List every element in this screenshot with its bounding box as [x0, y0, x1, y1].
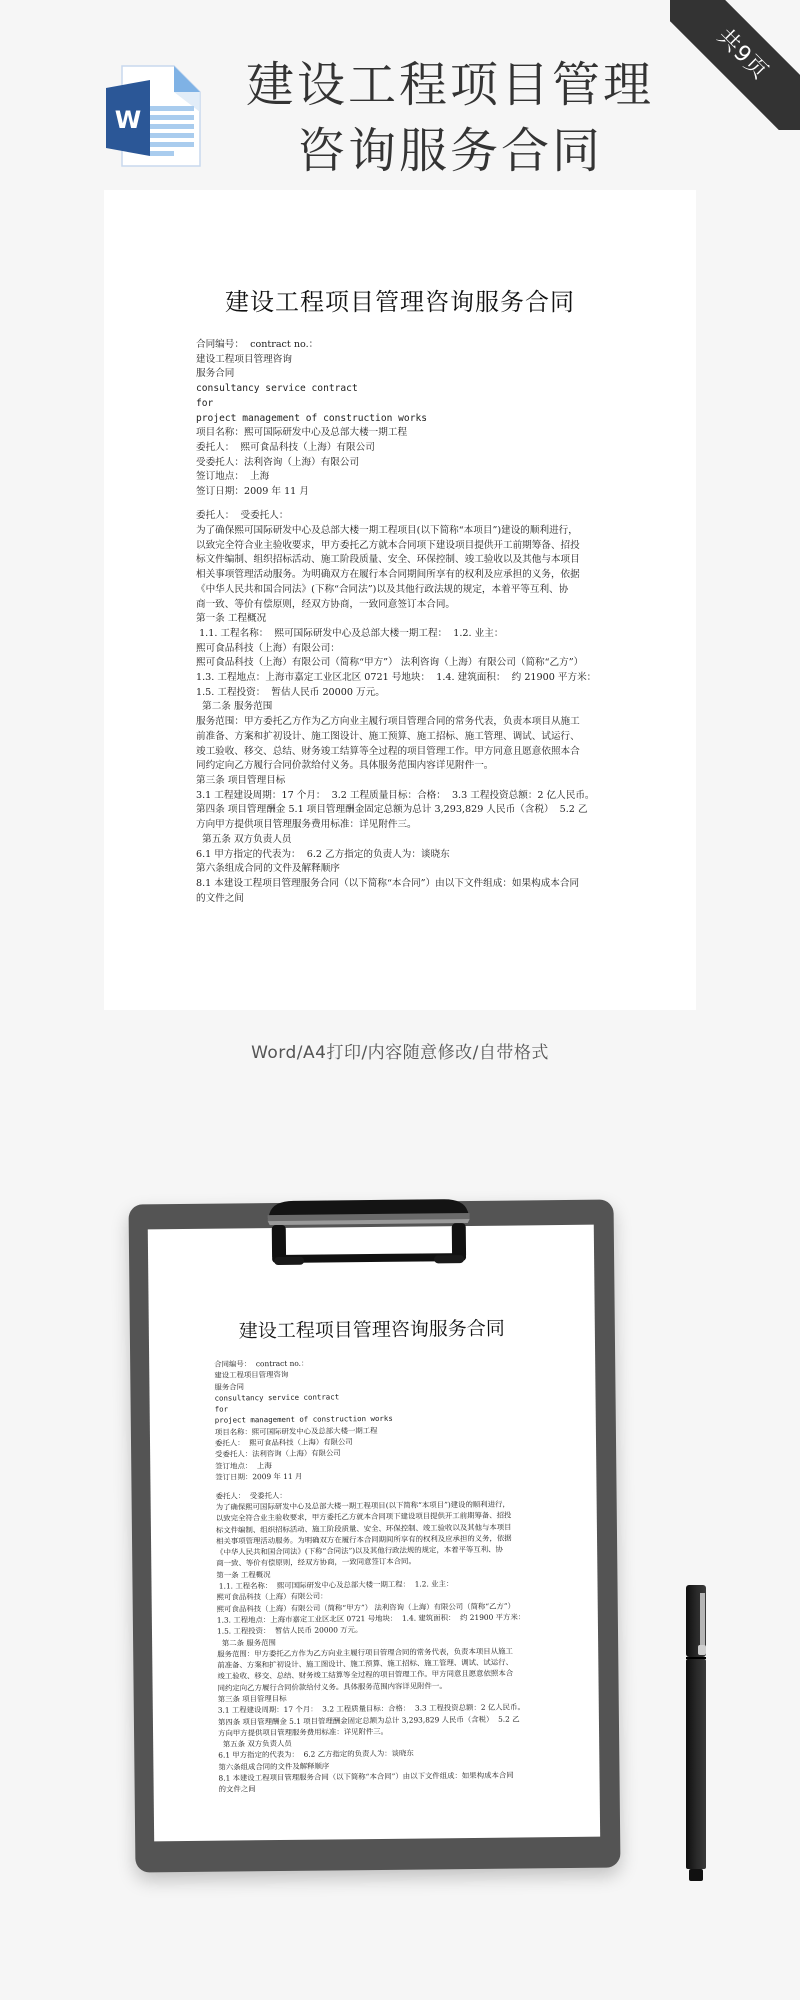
header-title-line2: 咨询服务合同	[230, 118, 670, 184]
clipboard-document-title: 建设工程项目管理咨询服务合同	[149, 1313, 595, 1345]
document-line: 标文件编制、组织招标活动、施工阶段质量、安全、环保控制、竣工验收以及其他与本项目	[196, 553, 616, 568]
document-line: 签订地点： 上海	[196, 470, 616, 485]
document-title: 建设工程项目管理咨询服务合同	[104, 282, 696, 317]
document-line: 前准备、方案和扩初设计、施工图设计、施工预算、施工招标、施工管理、调试、试运行、	[196, 730, 616, 745]
document-line: 方向甲方提供项目管理服务费用标准：详见附件三。	[196, 818, 616, 833]
document-line: 3.1 工程建设周期：17 个月： 3.2 工程质量目标：合格： 3.3 工程投…	[196, 789, 616, 804]
document-line	[196, 500, 616, 510]
document-line: 第六条组成合同的文件及解释顺序	[196, 862, 616, 877]
document-line: project management of construction works	[196, 412, 616, 427]
document-line: 第三条 项目管理目标	[196, 774, 616, 789]
document-line: 建设工程项目管理咨询	[196, 353, 616, 368]
header-title: 建设工程项目管理 咨询服务合同	[230, 52, 670, 184]
clipboard-document-body: 合同编号： contract no.：建设工程项目管理咨询服务合同consult…	[214, 1355, 549, 1795]
document-line: 以致完全符合业主验收要求，甲方委托乙方就本合同项下建设项目提供开工前期筹备、招投	[196, 539, 616, 554]
document-line: 第五条 双方负责人员	[196, 833, 616, 848]
document-line: 为了确保熙可国际研发中心及总部大楼一期工程项目(以下简称“本项目”)建设的顺利进…	[196, 524, 616, 539]
feature-caption: Word/A4打印/内容随意修改/自带格式	[0, 1038, 800, 1063]
header-title-line1: 建设工程项目管理	[230, 52, 670, 118]
svg-text:W: W	[115, 106, 141, 134]
word-document-icon: W	[104, 62, 204, 168]
document-line: 第二条 服务范围	[196, 700, 616, 715]
document-line: consultancy service contract	[196, 382, 616, 397]
document-line: 合同编号： contract no.：	[196, 338, 616, 353]
document-preview-page: 建设工程项目管理咨询服务合同 合同编号： contract no.：建设工程项目…	[104, 190, 696, 1010]
document-line: 熙可食品科技（上海）有限公司（简称“甲方”） 法利咨询（上海）有限公司（简称“乙…	[196, 656, 616, 671]
document-line: 签订日期：2009 年 11 月	[196, 485, 616, 500]
document-line: 6.1 甲方指定的代表为： 6.2 乙方指定的负责人为：谈晓东	[196, 848, 616, 863]
document-line: 8.1 本建设工程项目管理服务合同（以下简称“本合同”）由以下文件组成：如果构成…	[196, 877, 616, 892]
document-line: 商一致、等价有偿原则，经双方协商，一致同意签订本合同。	[196, 598, 616, 613]
document-line: 第一条 工程概况	[196, 612, 616, 627]
document-line: 《中华人民共和国合同法》(下称“合同法”)以及其他行政法规的规定，本着平等互利、…	[196, 583, 616, 598]
document-line: for	[196, 397, 616, 412]
clipboard-mockup: 建设工程项目管理咨询服务合同 合同编号： contract no.：建设工程项目…	[129, 1199, 621, 1872]
document-line: 受委托人：法利咨询（上海）有限公司	[196, 456, 616, 471]
clipboard-paper: 建设工程项目管理咨询服务合同 合同编号： contract no.：建设工程项目…	[148, 1225, 600, 1842]
document-line: 相关事项管理活动服务。为明确双方在履行本合同期间所享有的权利及应承担的义务，依据	[196, 568, 616, 583]
document-line: 第四条 项目管理酬金 5.1 项目管理酬金固定总额为总计 3,293,829 人…	[196, 803, 616, 818]
pen-icon	[683, 1585, 709, 1885]
document-line: 1.1. 工程名称： 熙可国际研发中心及总部大楼一期工程： 1.2. 业主：	[196, 627, 616, 642]
page-count-ribbon: 共9页	[670, 0, 800, 130]
document-line: 1.5. 工程投资： 暂估人民币 20000 万元。	[196, 686, 616, 701]
document-body: 合同编号： contract no.：建设工程项目管理咨询服务合同consult…	[196, 338, 616, 906]
clipboard-clip-icon	[263, 1197, 474, 1271]
document-line: 委托人： 熙可食品科技（上海）有限公司	[196, 441, 616, 456]
document-line: 服务范围：甲方委托乙方作为乙方向业主履行项目管理合同的常务代表，负责本项目从施工	[196, 715, 616, 730]
document-line: 1.3. 工程地点：上海市嘉定工业区北区 0721 号地块： 1.4. 建筑面积…	[196, 671, 616, 686]
document-line: 委托人： 受委托人：	[196, 509, 616, 524]
document-line: 竣工验收、移交、总结、财务竣工结算等全过程的项目管理工作。甲方同意且愿意依照本合	[196, 745, 616, 760]
document-line: 项目名称：熙可国际研发中心及总部大楼一期工程	[196, 426, 616, 441]
document-line: 服务合同	[196, 367, 616, 382]
document-line: 的文件之间	[196, 892, 616, 907]
page-count-badge: 共9页	[670, 0, 800, 130]
document-line: 同约定向乙方履行合同价款给付义务。具体服务范围内容详见附件一。	[196, 759, 616, 774]
document-line: 熙可食品科技（上海）有限公司：	[196, 642, 616, 657]
